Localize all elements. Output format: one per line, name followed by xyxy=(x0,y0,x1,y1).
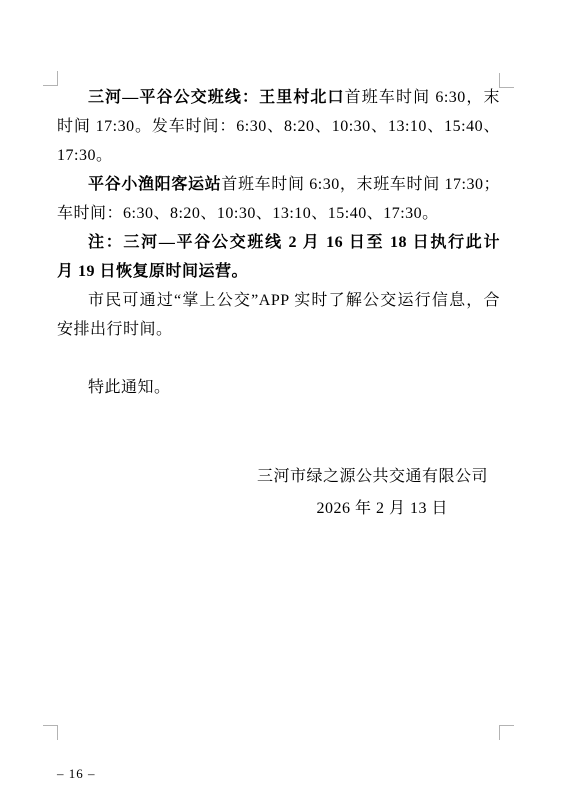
text-segment: 17:30。 xyxy=(57,147,112,164)
text-segment: 安排出行时间。 xyxy=(57,321,173,338)
paragraph-line: 特此通知。 xyxy=(57,373,500,402)
signature-date: 2026 年 2 月 13 日 xyxy=(57,493,500,525)
text-boundary-mark-bottom-left xyxy=(43,725,58,740)
text-boundary-mark-top-left xyxy=(43,71,58,86)
document-page: 三河—平谷公交班线：王里村北口首班车时间 6:30，末班车 时间 17:30。发… xyxy=(0,0,566,811)
paragraph-line: 安排出行时间。 xyxy=(57,315,500,344)
text-segment: 车时间：6:30、8:20、10:30、13:10、15:40、17:30。 xyxy=(57,205,439,222)
paragraph-line: 市民可通过“掌上公交”APP 实时了解公交运行信息，合理 xyxy=(57,286,500,315)
paragraph-line: 月 19 日恢复原时间运营。 xyxy=(57,257,500,286)
bold-segment: 平谷小渔阳客运站 xyxy=(88,176,221,193)
document-body: 三河—平谷公交班线：王里村北口首班车时间 6:30，末班车 时间 17:30。发… xyxy=(57,83,500,402)
signature-organization: 三河市绿之源公共交通有限公司 xyxy=(57,461,500,493)
bold-segment: 注：三河—平谷公交班线 2 月 16 日至 18 日执行此计划，2 xyxy=(57,234,500,257)
paragraph-line: 平谷小渔阳客运站首班车时间 6:30，末班车时间 17:30；发 xyxy=(57,170,500,199)
paragraph-line: 17:30。 xyxy=(57,141,500,170)
text-boundary-mark-top-right xyxy=(499,73,514,88)
paragraph-line: 时间 17:30。发车时间：6:30、8:20、10:30、13:10、15:4… xyxy=(57,112,500,141)
blank-line xyxy=(57,344,500,373)
page-number: – 16 – xyxy=(57,766,96,782)
paragraph-line: 车时间：6:30、8:20、10:30、13:10、15:40、17:30。 xyxy=(57,199,500,228)
bold-segment: 三河—平谷公交班线：王里村北口 xyxy=(88,89,345,106)
paragraph-line: 三河—平谷公交班线：王里村北口首班车时间 6:30，末班车 xyxy=(57,83,500,112)
text-boundary-mark-bottom-right xyxy=(499,725,514,740)
text-segment: 时间 17:30。发车时间：6:30、8:20、10:30、13:10、15:4… xyxy=(57,118,500,135)
signature-block: 三河市绿之源公共交通有限公司 2026 年 2 月 13 日 xyxy=(57,461,500,525)
text-segment: 市民可通过“掌上公交”APP 实时了解公交运行信息，合理 xyxy=(57,292,500,315)
bold-segment: 月 19 日恢复原时间运营。 xyxy=(57,263,248,280)
paragraph-line: 注：三河—平谷公交班线 2 月 16 日至 18 日执行此计划，2 xyxy=(57,228,500,257)
text-segment: 特此通知。 xyxy=(88,379,171,396)
